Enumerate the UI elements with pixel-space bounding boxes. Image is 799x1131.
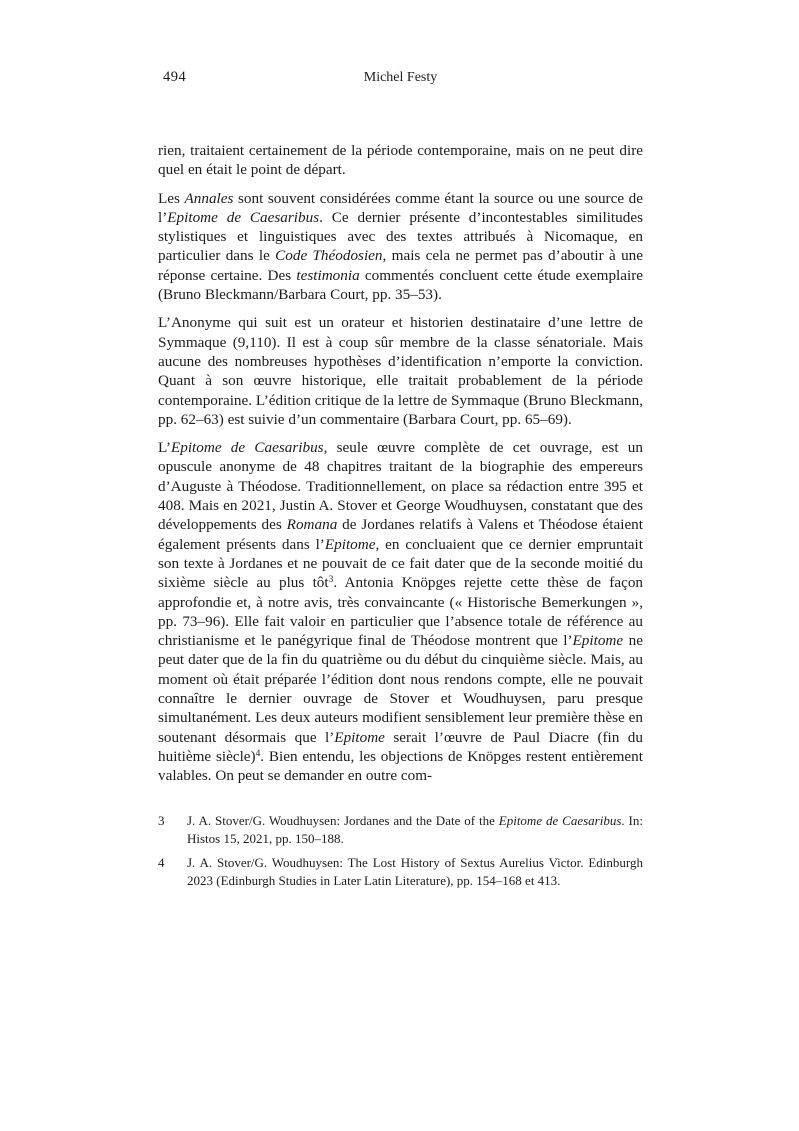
italic-text: Epitome [573, 632, 624, 649]
footnote: 3J. A. Stover/G. Woudhuysen: Jordanes an… [158, 812, 643, 848]
text-run: J. A. Stover/G. Woudhuysen: Jordanes and… [187, 813, 499, 828]
italic-text: Annales [185, 190, 234, 207]
italic-text: Epitome [325, 536, 376, 553]
italic-text: Epitome de Caesaribus [171, 439, 324, 456]
italic-text: Epitome de Caesaribus [167, 209, 319, 226]
text-run: L’Anonyme qui suit est un orateur et his… [158, 314, 643, 427]
footnote-number: 3 [158, 812, 187, 848]
text-run: rien, traitaient certainement de la péri… [158, 142, 643, 178]
italic-text: testimonia [296, 267, 359, 284]
footnote-text: J. A. Stover/G. Woudhuysen: The Lost His… [187, 854, 643, 890]
italic-text: Epitome [334, 729, 385, 746]
paragraph: Les Annales sont souvent considérées com… [158, 189, 643, 305]
footnote-text: J. A. Stover/G. Woudhuysen: Jordanes and… [187, 812, 643, 848]
paragraph: L’Epitome de Caesaribus, seule œuvre com… [158, 438, 643, 785]
paragraph: L’Anonyme qui suit est un orateur et his… [158, 313, 643, 429]
footnotes-section: 3J. A. Stover/G. Woudhuysen: Jordanes an… [158, 812, 643, 896]
paragraph: rien, traitaient certainement de la péri… [158, 141, 643, 180]
text-run: Les [158, 190, 185, 207]
footnote-marker: 4 [256, 749, 261, 759]
page-header: 494 Michel Festy [158, 68, 643, 88]
text-run: J. A. Stover/G. Woudhuysen: The Lost His… [187, 855, 643, 888]
italic-text: Epitome de Caesaribus [499, 813, 622, 828]
body-text: rien, traitaient certainement de la péri… [158, 141, 643, 795]
italic-text: Romana [287, 516, 338, 533]
footnote: 4J. A. Stover/G. Woudhuysen: The Lost Hi… [158, 854, 643, 890]
footnote-number: 4 [158, 854, 187, 890]
italic-text: Code Théodosien [275, 247, 382, 264]
text-run: L’ [158, 439, 171, 456]
running-title: Michel Festy [158, 69, 643, 87]
document-page: 494 Michel Festy rien, traitaient certai… [0, 0, 799, 1131]
footnote-marker: 3 [329, 575, 334, 585]
